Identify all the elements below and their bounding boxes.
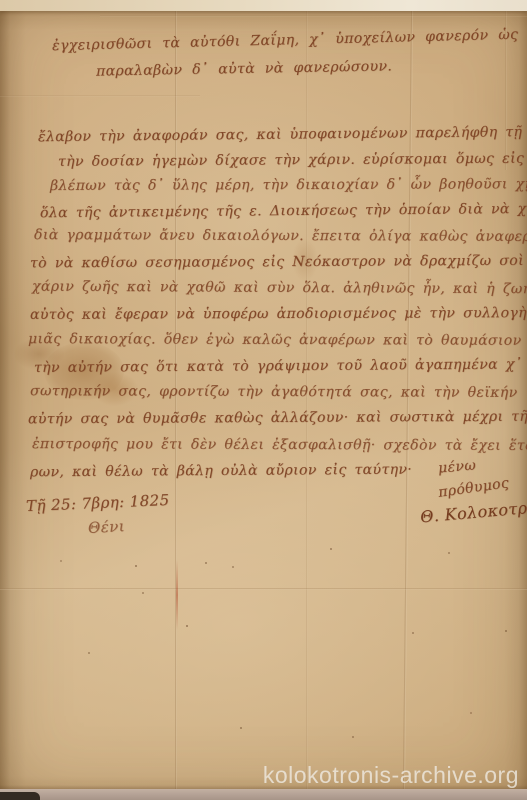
handwritten-line: τὸ νὰ καθίσω σεσημασμένος εἰς Νεόκαστρον… bbox=[30, 253, 527, 272]
fold-crease-horizontal-upper bbox=[0, 95, 200, 97]
handwritten-line: τὴν δοσίαν ἡγεμὼν δίχασε τὴν χάριν. εὑρί… bbox=[58, 150, 527, 170]
place-line: Θένι bbox=[88, 517, 126, 537]
handwritten-line: βλέπων τὰς δ᾿ ὕλης μέρη, τὴν δικαιοχίαν … bbox=[50, 176, 527, 194]
handwritten-line: ρων, καὶ θέλω τὰ βάλῃ οὐλὰ αὔριον εἰς τα… bbox=[30, 462, 412, 481]
shadow-corner bbox=[0, 792, 40, 800]
watermark: kolokotronis-archive.org bbox=[263, 762, 519, 789]
manuscript-photo: ἐγχειρισθῶσι τὰ αὐτόθι Ζαΐμη, χ᾿ ὑποχείλ… bbox=[0, 0, 527, 800]
fold-crease-top-flap bbox=[100, 15, 527, 17]
fold-crease-horizontal-lower bbox=[0, 588, 527, 590]
handwritten-line: ἐπιστροφῆς μου ἔτι δὲν θέλει ἐξασφαλισθῇ… bbox=[32, 436, 527, 454]
handwritten-line: τὴν αὐτήν σας ὅτι κατὰ τὸ γράψιμον τοῦ λ… bbox=[34, 356, 527, 376]
handwritten-line: διὰ γραμμάτων ἄνευ δικαιολόγων. ἔπειτα ὀ… bbox=[34, 227, 527, 245]
handwritten-line: σωτηρικήν σας, φροντίζω τὴν ἀγαθότητά σα… bbox=[30, 383, 518, 401]
handwritten-line: χάριν ζωῆς καὶ νὰ χαθῶ καὶ σὺν ὅλα. ἀληθ… bbox=[32, 279, 527, 298]
handwritten-line: αὐτὸς καὶ ἔφεραν νὰ ὑποφέρω ἀποδιορισμέν… bbox=[30, 305, 527, 323]
handwritten-line: αὐτήν σας νὰ θυμᾶσθε καθὼς ἀλλάζουν· καὶ… bbox=[28, 409, 527, 428]
adjacent-sheet-edge bbox=[0, 0, 527, 11]
reddish-crease-mark bbox=[176, 560, 178, 630]
table-surface bbox=[0, 789, 527, 800]
handwritten-line: μιᾶς δικαιοχίας. ὅθεν ἐγὼ καλῶς ἀναφέρων… bbox=[28, 331, 527, 349]
closing-word: μένω bbox=[437, 457, 476, 476]
